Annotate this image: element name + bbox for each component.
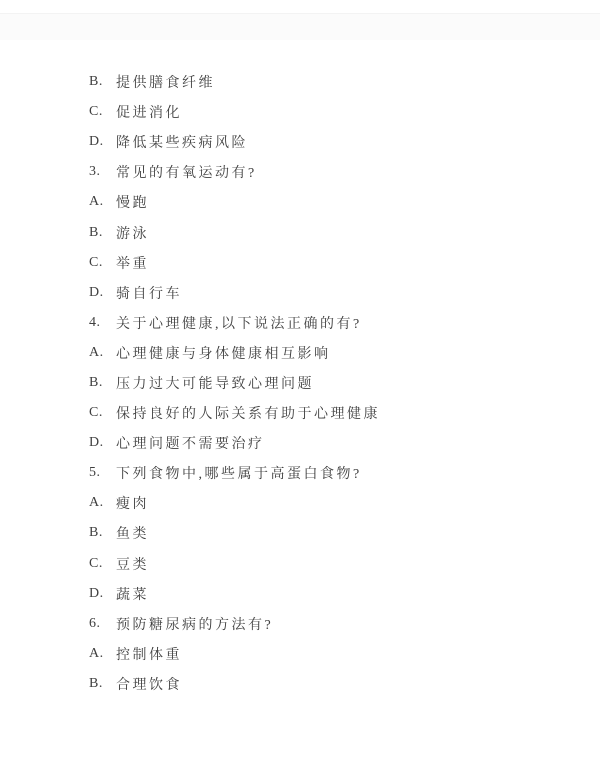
line-text: 降低某些疾病风险 xyxy=(116,132,248,152)
quiz-question-line: 5. 下列食物中,哪些属于高蛋白食物? xyxy=(89,458,580,488)
line-text: 游泳 xyxy=(116,223,149,243)
line-label: B. xyxy=(89,225,116,241)
line-text: 鱼类 xyxy=(116,523,149,543)
quiz-option-line: A. 心理健康与身体健康相互影响 xyxy=(89,338,580,368)
line-label: B. xyxy=(89,375,116,391)
line-label: D. xyxy=(89,285,116,301)
line-text: 瘦肉 xyxy=(116,493,149,513)
quiz-question-line: 3. 常见的有氧运动有? xyxy=(89,157,580,187)
quiz-option-line: D. 骑自行车 xyxy=(89,278,580,308)
quiz-option-line: A. 瘦肉 xyxy=(89,488,580,518)
line-text: 豆类 xyxy=(116,554,149,574)
line-text: 慢跑 xyxy=(116,192,149,212)
line-label: C. xyxy=(89,556,116,572)
quiz-option-line: B. 压力过大可能导致心理问题 xyxy=(89,368,580,398)
line-text: 常见的有氧运动有? xyxy=(116,162,257,182)
line-label: D. xyxy=(89,435,116,451)
line-text: 提供膳食纤维 xyxy=(116,72,215,92)
line-label: B. xyxy=(89,525,116,541)
line-label: A. xyxy=(89,646,116,662)
line-label: C. xyxy=(89,255,116,271)
quiz-option-line: B. 鱼类 xyxy=(89,518,580,548)
line-label: D. xyxy=(89,134,116,150)
line-text: 下列食物中,哪些属于高蛋白食物? xyxy=(116,463,362,483)
quiz-content: B. 提供膳食纤维 C. 促进消化 D. 降低某些疾病风险 3. 常见的有氧运动… xyxy=(89,67,580,699)
quiz-option-line: B. 合理饮食 xyxy=(89,669,580,699)
document-page: B. 提供膳食纤维 C. 促进消化 D. 降低某些疾病风险 3. 常见的有氧运动… xyxy=(0,0,600,776)
line-text: 合理饮食 xyxy=(116,674,182,694)
line-text: 骑自行车 xyxy=(116,283,182,303)
page-boundary-band xyxy=(0,13,600,40)
quiz-option-line: A. 控制体重 xyxy=(89,639,580,669)
line-label: 4. xyxy=(89,315,116,331)
quiz-option-line: C. 促进消化 xyxy=(89,97,580,127)
line-text: 心理健康与身体健康相互影响 xyxy=(116,343,331,363)
line-label: A. xyxy=(89,345,116,361)
line-label: 5. xyxy=(89,465,116,481)
line-text: 举重 xyxy=(116,253,149,273)
line-text: 保持良好的人际关系有助于心理健康 xyxy=(116,403,380,423)
line-text: 心理问题不需要治疗 xyxy=(116,433,265,453)
quiz-option-line: B. 提供膳食纤维 xyxy=(89,67,580,97)
line-label: A. xyxy=(89,495,116,511)
line-label: 6. xyxy=(89,616,116,632)
line-text: 控制体重 xyxy=(116,644,182,664)
line-label: B. xyxy=(89,676,116,692)
quiz-option-line: C. 保持良好的人际关系有助于心理健康 xyxy=(89,398,580,428)
quiz-option-line: C. 举重 xyxy=(89,248,580,278)
line-text: 压力过大可能导致心理问题 xyxy=(116,373,314,393)
line-label: D. xyxy=(89,586,116,602)
line-label: A. xyxy=(89,194,116,210)
line-text: 促进消化 xyxy=(116,102,182,122)
quiz-option-line: D. 蔬菜 xyxy=(89,579,580,609)
quiz-option-line: B. 游泳 xyxy=(89,217,580,247)
line-label: C. xyxy=(89,104,116,120)
line-label: C. xyxy=(89,405,116,421)
line-label: B. xyxy=(89,74,116,90)
quiz-question-line: 6. 预防糖尿病的方法有? xyxy=(89,609,580,639)
quiz-option-line: D. 降低某些疾病风险 xyxy=(89,127,580,157)
quiz-option-line: A. 慢跑 xyxy=(89,187,580,217)
quiz-option-line: C. 豆类 xyxy=(89,549,580,579)
quiz-option-line: D. 心理问题不需要治疗 xyxy=(89,428,580,458)
line-text: 预防糖尿病的方法有? xyxy=(116,614,273,634)
quiz-question-line: 4. 关于心理健康,以下说法正确的有? xyxy=(89,308,580,338)
line-text: 蔬菜 xyxy=(116,584,149,604)
line-text: 关于心理健康,以下说法正确的有? xyxy=(116,313,362,333)
line-label: 3. xyxy=(89,164,116,180)
